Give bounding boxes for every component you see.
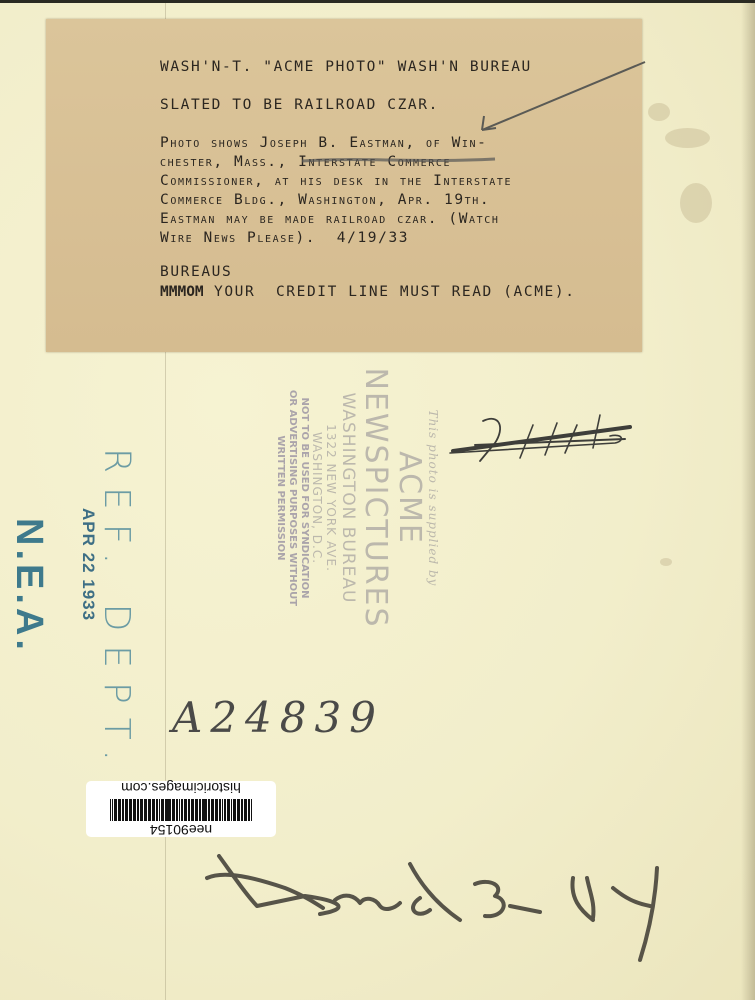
catalog-number: A24839: [172, 693, 384, 742]
sheet-edge-shadow: [741, 3, 755, 1000]
caption-body-line: Commerce Bldg., Washington, Apr. 19th.: [160, 192, 490, 208]
caption-body-line: Photo shows Joseph B. Eastman, of Win-: [160, 135, 488, 151]
barcode-code: nee90154: [86, 822, 276, 837]
stamp-address-1: 1322 NEW YORK AVE.: [324, 343, 338, 653]
acme-newspictures-stamp: This photo is supplied by ACME NEWSPICTU…: [240, 343, 440, 653]
pencil-underline: [300, 153, 500, 173]
stain: [648, 103, 670, 121]
stamp-agency: ACME NEWSPICTURES: [358, 343, 426, 653]
stain: [660, 558, 672, 566]
barcode-icon: [110, 799, 252, 821]
stamp-address-2: WASHINGTON, D.C.: [310, 343, 324, 653]
stamp-restriction: OR ADVERTISING PURPOSES WITHOUT: [286, 343, 298, 653]
caption-body-line: Commissioner, at his desk in the Interst…: [160, 173, 512, 189]
received-date-stamp: APR 22 1933: [78, 508, 98, 621]
caption-body-line: Wire News Please). 4/19/33: [160, 230, 409, 246]
credit-line-text: YOUR CREDIT LINE MUST READ (ACME).: [204, 284, 576, 300]
credit-line: MMMOM YOUR CREDIT LINE MUST READ (ACME).: [160, 284, 576, 300]
stain: [680, 183, 712, 223]
barcode-label[interactable]: nee90154 historicimages.com: [86, 781, 276, 837]
photo-back-sheet: WASH'N-T. "ACME PHOTO" WASH'N BUREAU SLA…: [0, 0, 755, 1000]
stamp-restriction: WRITTEN PERMISSION: [274, 343, 286, 653]
struck-typing: MMMOM: [160, 284, 204, 300]
ref-dept-stamp: REF. DEPT.: [96, 448, 137, 775]
bottom-pencil-notation: [195, 848, 665, 968]
nea-stamp: N.E.A.: [7, 518, 50, 654]
caption-body-line: Eastman may be made railroad czar. (Watc…: [160, 211, 500, 227]
crossed-out-notation: [445, 403, 645, 473]
caption-slug: SLATED TO BE RAILROAD CZAR.: [160, 97, 439, 113]
stain: [665, 128, 710, 148]
pencil-arrow-icon: [470, 58, 650, 138]
stamp-bureau: WASHINGTON BUREAU: [338, 343, 358, 653]
stamp-supplied-by: This photo is supplied by: [426, 343, 440, 653]
stamp-restriction: NOT TO BE USED FOR SYNDICATION: [298, 343, 310, 653]
barcode-site: historicimages.com: [86, 780, 276, 798]
bureaus-label: BUREAUS: [160, 264, 232, 280]
